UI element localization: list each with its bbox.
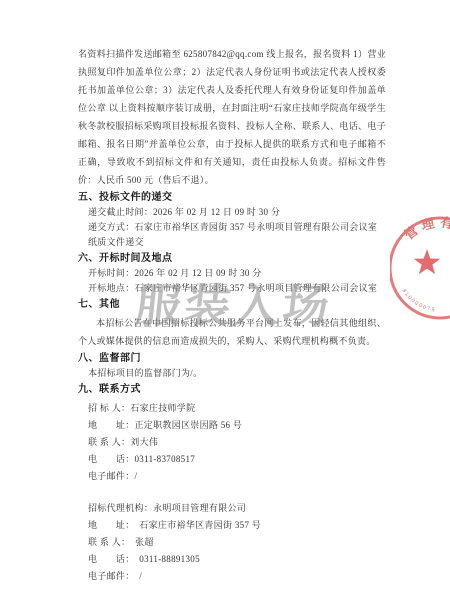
intro-paragraph: 名资料扫描件发送邮箱至 625807842@qq.com 线上报名，报名资料 1…: [78, 45, 386, 189]
tenderer-contact-person-line: 联 系 人：刘大伟: [78, 434, 386, 451]
seal-serial-number: 810000075: [400, 288, 436, 314]
submission-deadline-line: 递交截止时间：2026 年 02 月 12 日 09 时 30 分: [78, 205, 386, 220]
agency-email-line: 电子邮件： /: [78, 568, 386, 585]
section-9-title: 九、联系方式: [78, 383, 386, 397]
tenderer-email-line: 电子邮件：/: [78, 468, 386, 485]
tenderer-contact-block: 招 标 人：石家庄技师学院 地 址：正定职教园区崇因路 56 号 联 系 人：刘…: [78, 400, 386, 485]
tenderer-address-line: 地 址：正定职教园区崇因路 56 号: [78, 417, 386, 434]
document-body: 名资料扫描件发送邮箱至 625807842@qq.com 线上报名，报名资料 1…: [78, 45, 386, 585]
section-6-title: 六、开标时间及地点: [78, 252, 386, 266]
tenderer-name-line: 招 标 人：石家庄技师学院: [78, 400, 386, 417]
other-notes-paragraph: 本招标公告在中国招标投标公共服务平台网上发布，因轻信其他组织、个人或媒体提供的信…: [78, 314, 386, 350]
agency-name-line: 招标代理机构：永明项目管理有限公司: [78, 500, 386, 517]
agency-phone-line: 电 话： 0311-88891305: [78, 551, 386, 568]
submission-method-line: 递交方式：石家庄市裕华区青园街 357 号永明项目管理有限公司会议室纸质文件递交: [78, 220, 386, 250]
svg-text:管理有: 管理有: [401, 214, 450, 242]
bid-opening-time-line: 开标时间：2026 年 02 月 12 日 09 时 30 分: [78, 266, 386, 281]
agency-contact-person-line: 联 系 人： 张超: [78, 534, 386, 551]
company-seal: 管理有 810000075: [390, 198, 450, 338]
svg-text:810000075: 810000075: [400, 288, 436, 314]
seal-star-icon: [414, 249, 441, 274]
scanned-document-page: 名资料扫描件发送邮箱至 625807842@qq.com 线上报名，报名资料 1…: [0, 0, 450, 600]
agency-address-line: 地 址： 石家庄市裕华区青园街 357 号: [78, 517, 386, 534]
supervision-department-line: 本招标项目的监督部门为/。: [78, 366, 386, 381]
agency-contact-block: 招标代理机构：永明项目管理有限公司 地 址： 石家庄市裕华区青园街 357 号 …: [78, 500, 386, 585]
section-8-title: 八、监督部门: [78, 352, 386, 366]
section-5-title: 五、投标文件的递交: [78, 191, 386, 205]
bid-opening-place-line: 开标地点：石家庄市裕华区青园街 357 号永明项目管理有限公司会议室: [78, 281, 386, 296]
seal-arc-text: 管理有: [401, 214, 450, 242]
tenderer-phone-line: 电 话：0311-83708517: [78, 451, 386, 468]
section-7-title: 七、其他: [78, 298, 386, 312]
